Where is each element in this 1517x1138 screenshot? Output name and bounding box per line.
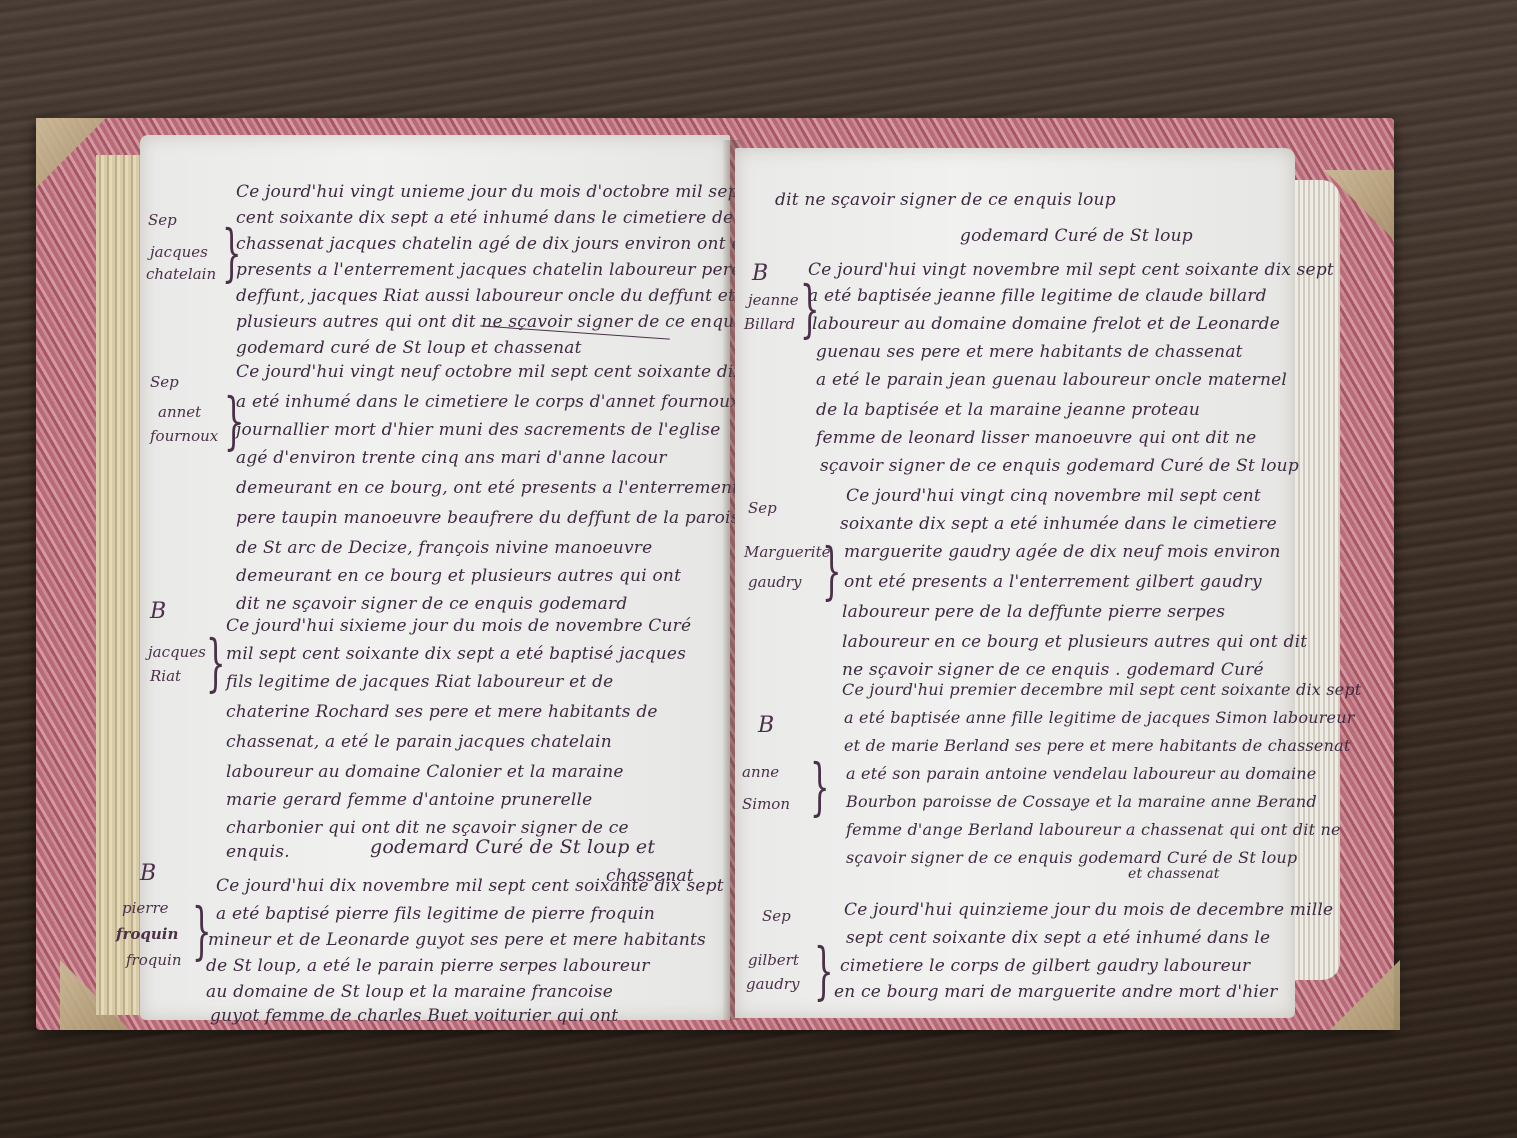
register-line: guenau ses pere et mere habitants de cha…: [816, 342, 1243, 362]
signature-line: godemard Curé de St loup et: [370, 836, 655, 858]
margin-name: gilbert: [748, 948, 799, 972]
entry-type-label: Sep: [150, 370, 179, 394]
register-line: de la baptisée et la maraine jeanne prot…: [816, 400, 1200, 420]
register-line: a eté baptisée anne fille legitime de ja…: [844, 708, 1355, 727]
register-line: charbonier qui ont dit ne sçavoir signer…: [226, 818, 629, 838]
register-line: guyot femme de charles Buet voiturier qu…: [210, 1006, 618, 1026]
register-line: a eté inhumé dans le cimetiere le corps …: [236, 392, 783, 412]
entry-type-label: B: [140, 862, 156, 886]
register-line: fils legitime de jacques Riat laboureur …: [226, 672, 613, 692]
register-line: dit ne sçavoir signer de ce enquis godem…: [236, 594, 627, 614]
register-line: femme d'ange Berland laboureur a chassen…: [846, 820, 1341, 839]
register-line: femme de leonard lisser manoeuvre qui on…: [816, 428, 1256, 448]
register-line: sçavoir signer de ce enquis godemard Cur…: [820, 456, 1299, 476]
register-line: marguerite gaudry agée de dix neuf mois …: [844, 542, 1281, 562]
register-line: enquis.: [226, 842, 290, 862]
register-line: deffunt, jacques Riat aussi laboureur on…: [236, 286, 735, 306]
register-line: plusieurs autres qui ont dit ne sçavoir …: [236, 312, 749, 332]
entry-type-label: B: [758, 714, 774, 738]
register-line: a eté le parain jean guenau laboureur on…: [816, 370, 1287, 390]
register-line: soixante dix sept a eté inhumée dans le …: [840, 514, 1277, 534]
entry-type-label: Sep: [748, 496, 777, 520]
register-line: Ce jourd'hui vingt cinq novembre mil sep…: [846, 486, 1261, 506]
register-line: a eté baptisée jeanne fille legitime de …: [808, 286, 1267, 306]
register-line: sçavoir signer de ce enquis godemard Cur…: [846, 848, 1297, 867]
register-line: mineur et de Leonarde guyot ses pere et …: [208, 930, 706, 950]
brace: }: [206, 632, 226, 694]
entry-type-label: Sep: [148, 208, 177, 232]
register-line: mil sept cent soixante dix sept a eté ba…: [226, 644, 686, 664]
register-line: ne sçavoir signer de ce enquis . godemar…: [842, 660, 1264, 680]
register-line: Ce jourd'hui premier decembre mil sept c…: [842, 680, 1361, 699]
register-line: ont eté presents a l'enterrement gilbert…: [844, 572, 1262, 592]
margin-name: Marguerite: [744, 540, 830, 564]
register-line: Ce jourd'hui dix novembre mil sept cent …: [216, 876, 724, 896]
register-line: laboureur au domaine domaine frelot et d…: [812, 314, 1280, 334]
margin-name: annet: [158, 400, 201, 424]
register-line: a eté baptisé pierre fils legitime de pi…: [216, 904, 655, 924]
register-line: journallier mort d'hier muni des sacreme…: [236, 420, 720, 440]
register-line: Bourbon paroisse de Cossaye et la marain…: [846, 792, 1317, 811]
register-line: Ce jourd'hui vingt novembre mil sept cen…: [808, 260, 1334, 280]
register-line: cent soixante dix sept a eté inhumé dans…: [236, 208, 733, 228]
register-line: demeurant en ce bourg, ont eté presents …: [236, 478, 739, 498]
register-line: cimetiere le corps de gilbert gaudry lab…: [840, 956, 1250, 976]
margin-name: froquin: [126, 948, 181, 972]
register-line: sept cent soixante dix sept a eté inhumé…: [846, 928, 1270, 948]
margin-name: froquin: [116, 922, 178, 946]
register-line: laboureur pere de la deffunte pierre ser…: [842, 602, 1225, 622]
register-line: de St loup, a eté le parain pierre serpe…: [206, 956, 650, 976]
entry-type-label: Sep: [762, 904, 791, 928]
register-line: en ce bourg mari de marguerite andre mor…: [834, 982, 1278, 1002]
register-line: au domaine de St loup et la maraine fran…: [206, 982, 613, 1002]
register-line: Ce jourd'hui sixieme jour du mois de nov…: [226, 616, 691, 636]
margin-name: gaudry: [746, 972, 799, 996]
register-line: de St arc de Decize, françois nivine man…: [236, 538, 652, 558]
register-line: marie gerard femme d'antoine prunerelle: [226, 790, 592, 810]
register-line: et de marie Berland ses pere et mere hab…: [844, 736, 1350, 755]
margin-name: jeanne: [748, 288, 799, 312]
register-line: presents a l'enterrement jacques chateli…: [236, 260, 769, 280]
entry-type-label: B: [150, 600, 166, 624]
register-line: Ce jourd'hui vingt neuf octobre mil sept…: [236, 362, 743, 382]
register-line: Ce jourd'hui vingt unieme jour du mois d…: [236, 182, 746, 202]
margin-name: anne: [742, 760, 779, 784]
signature-line: godemard Curé de St loup: [960, 226, 1193, 246]
margin-name: Billard: [744, 312, 795, 336]
register-line: a eté son parain antoine vendelau labour…: [846, 764, 1316, 783]
brace: }: [814, 940, 834, 1002]
margin-name: gaudry: [748, 570, 801, 594]
register-line: et chassenat: [1128, 866, 1220, 882]
margin-name: chatelain: [146, 262, 216, 286]
margin-name: pierre: [122, 896, 169, 920]
register-line: chassenat, a eté le parain jacques chate…: [226, 732, 612, 752]
margin-name: jacques: [148, 640, 206, 664]
register-line: laboureur en ce bourg et plusieurs autre…: [842, 632, 1307, 652]
register-line: demeurant en ce bourg et plusieurs autre…: [236, 566, 681, 586]
margin-name: Riat: [150, 664, 181, 688]
margin-name: fournoux: [150, 424, 218, 448]
brace: }: [810, 756, 830, 818]
register-line: pere taupin manoeuvre beaufrere du deffu…: [236, 508, 759, 528]
margin-name: Simon: [742, 792, 790, 816]
signature-line: godemard curé de St loup et chassenat: [236, 338, 582, 358]
register-line: chassenat jacques chatelin agé de dix jo…: [236, 234, 759, 254]
register-line: laboureur au domaine Calonier et la mara…: [226, 762, 624, 782]
register-line: agé d'environ trente cinq ans mari d'ann…: [236, 448, 667, 468]
register-line: chaterine Rochard ses pere et mere habit…: [226, 702, 658, 722]
brace: }: [822, 540, 842, 602]
page-edges-right: [1290, 180, 1340, 980]
register-line: dit ne sçavoir signer de ce enquis loup: [775, 190, 1116, 210]
entry-type-label: B: [752, 262, 768, 286]
register-line: Ce jourd'hui quinzieme jour du mois de d…: [844, 900, 1333, 920]
margin-name: jacques: [150, 240, 208, 264]
